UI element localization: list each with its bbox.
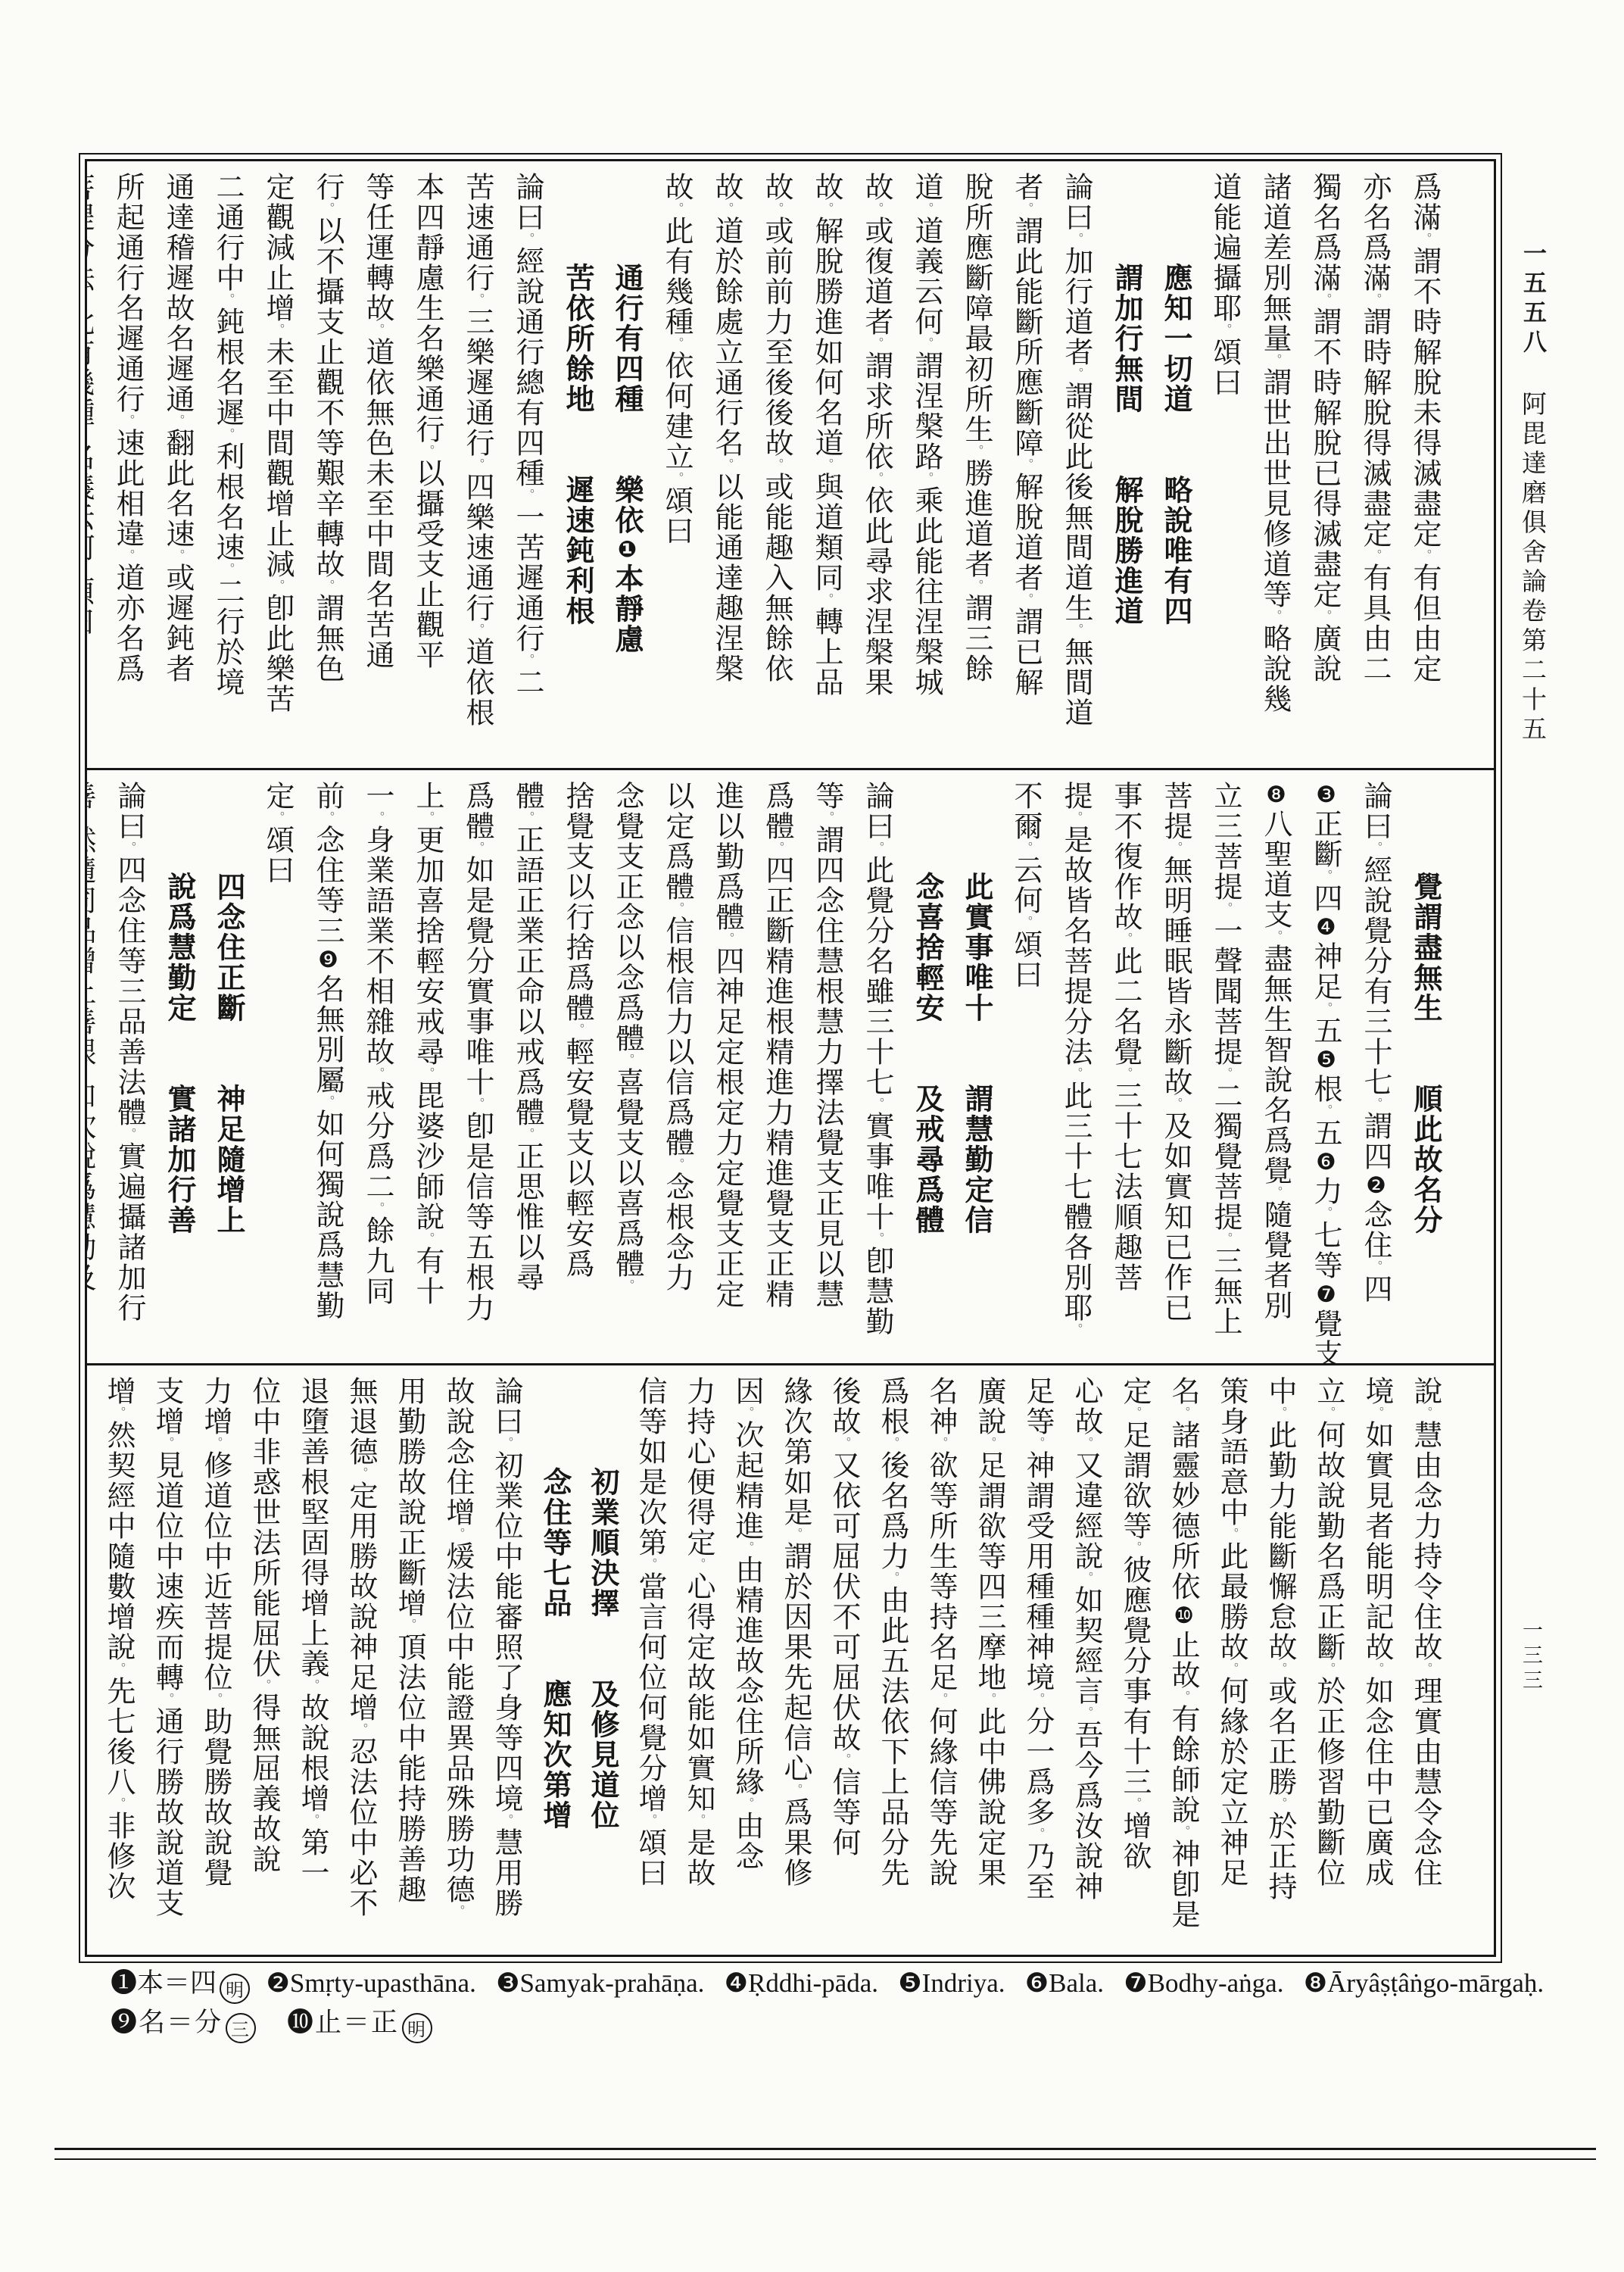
text-column: 故說念住增。煖法位中能證異品殊勝功德。	[434, 1376, 482, 1953]
text-column: 信等如是次第。當言何位何覺分增。頌曰	[626, 1376, 675, 1953]
text-column: 亦名爲滿。謂時解脫得滅盡定。有具由二	[1350, 172, 1400, 760]
edition-mark-ming: 明	[220, 1974, 250, 2004]
text-column: 定觀減止增。未至中間觀增止減。卽此樂苦	[253, 172, 303, 760]
text-column: 不爾。云何。頌曰	[1001, 781, 1051, 1356]
text-column: 定。足謂欲等。彼應覺分事有十三。增欲	[1111, 1376, 1159, 1953]
verse-column: 苦依所餘地 遲速鈍利根	[553, 172, 602, 760]
verse-column: 此實事唯十 謂慧勤定信	[952, 781, 1001, 1356]
text-column: 故。或前前力至後後故。或能趣入無餘依	[752, 172, 802, 760]
text-column: 立三菩提。一聲聞菩提。二獨覺菩提。三無上	[1201, 781, 1251, 1356]
text-column: 名神。欲等所生等持名足。何緣信等先說	[917, 1376, 965, 1953]
text-column: 論曰。經說通行總有四種。一苦遲通行。二	[503, 172, 553, 760]
text-column: 體。正語正業正命以戒爲體。正思惟以尋	[503, 781, 553, 1356]
verse-column: 說爲慧勤定 實諸加行善	[154, 781, 204, 1356]
verse-column: 謂加行無間 解脫勝進道	[1102, 172, 1151, 760]
text-column: 境。如實見者能明記故。如念住中已廣成	[1353, 1376, 1401, 1953]
verse-column: 覺謂盡無生 順此故名分	[1401, 781, 1450, 1356]
text-column: 說。慧由念力持令住故。理實由慧令念住	[1401, 1376, 1450, 1953]
text-column: 善。然隨同品增上善根。如次說爲慧勤及	[87, 781, 104, 1356]
text-column: 諸道差別無量。謂世出世見修道等。略說幾	[1250, 172, 1300, 760]
text-column: 事不復作故。此二名覺。三十七法順趣菩	[1101, 781, 1151, 1356]
text-column: 等。謂四念住慧根慧力擇法覺支正見以慧	[803, 781, 853, 1356]
text-column: 論曰。經說覺分有三十七。謂四❷念住。四	[1351, 781, 1401, 1356]
text-column: 者。謂此能斷所應斷障。解脫道者。謂已解	[1002, 172, 1052, 760]
text-column: 獨名爲滿。謂不時解脫已得滅盡定。廣說	[1300, 172, 1350, 760]
text-column: 通達稽遲故名遲通。翻此名速。或遲鈍者	[153, 172, 203, 760]
text-column: 用勤勝故說正斷增。頂法位中能持勝善趣	[385, 1376, 434, 1953]
scanned-canon-page: 一五五八 阿毘達磨俱舍論卷第二十五 一三三 爲滿。謂不時解脫未得滅盡定。有但由定…	[0, 0, 1624, 2272]
register-1: 爲滿。謂不時解脫未得滅盡定。有但由定 亦名爲滿。謂時解脫得滅盡定。有具由二 獨名…	[87, 161, 1494, 768]
text-column: 前。念住等三❾名無別屬。如何獨說爲慧勤	[303, 781, 353, 1356]
text-column: 足等。神謂受用種種神境。分一爲多。乃至	[1014, 1376, 1062, 1953]
text-column: 力持心便得定。心得定故能如實知。是故	[675, 1376, 723, 1953]
text-column: 論曰。四念住等三品善法體。實遍攝諸加行	[104, 781, 154, 1356]
bottom-rule	[55, 2148, 1596, 2150]
text-column: 上。更加喜捨輕安戒尋。毘婆沙師說。有十	[403, 781, 453, 1356]
text-column: ❸正斷。四❹神足。五❺根。五❻力。七等❼覺支。	[1301, 781, 1351, 1356]
text-column: 以定爲體。信根信力以信爲體。念根念力	[653, 781, 703, 1356]
text-column: 退墮善根堅固得增上義。故說根增。第一	[288, 1376, 337, 1953]
text-column: 策身語意中。此最勝故。何緣於定立神足	[1208, 1376, 1256, 1953]
bottom-rule	[55, 2158, 1596, 2160]
text-column: 菩提分法。此有幾種。名義云何。頌曰	[87, 172, 103, 760]
text-column: 道能遍攝耶。頌曰	[1200, 172, 1250, 760]
footnote-line-1: ❶本＝四明 ❷Smṛty-upasthāna. ❸Samyak-prahāṇa.…	[111, 1966, 1579, 2002]
text-column: 後故。又依可屈伏不可屈伏故。信等何	[820, 1376, 868, 1953]
text-column: 故。或復道者。謂求所依。依此尋求涅槃果	[852, 172, 902, 760]
text-column: 論曰。此覺分名雖三十七。實事唯十。卽慧勤	[853, 781, 902, 1356]
text-column: 爲體。如是覺分實事唯十。卽是信等五根力	[453, 781, 503, 1356]
verse-column: 應知一切道 略說唯有四	[1151, 172, 1200, 760]
text-column: 因。次起精進。由精進故念住所緣。由念	[723, 1376, 771, 1953]
text-column: 提。是故皆名菩提分法。此三十七體各別耶。	[1051, 781, 1101, 1356]
text-column: 論曰。加行道者。謂從此後無間道生。無間道	[1052, 172, 1102, 760]
text-column: 故。道於餘處立通行名。以能通達趣涅槃	[702, 172, 752, 760]
verse-column: 通行有四種 樂依❶本靜慮	[602, 172, 652, 760]
text-column: 爲根。後名爲力。由此五法依下上品分先	[868, 1376, 917, 1953]
text-column: 故。解脫勝進如何名道。與道類同。轉上品	[802, 172, 852, 760]
text-column: 行。以不攝支止觀不等艱辛轉故。謂無色	[303, 172, 353, 760]
register-3: 說。慧由念力持令住故。理實由慧令念住 境。如實見者能明記故。如念住中已廣成 立。…	[87, 1365, 1494, 1961]
footnote-9-variant: ❾名＝分	[111, 2008, 223, 2037]
text-column: 爲滿。謂不時解脫未得滅盡定。有但由定	[1400, 172, 1450, 760]
text-column: 一。身業語業不相雜故。戒分爲二。餘九同	[353, 781, 403, 1356]
text-column: 苦速通行。三樂遲通行。四樂速通行。道依根	[453, 172, 503, 760]
text-column: 立。何故說勤名爲正斷。於正修習勤斷位	[1304, 1376, 1353, 1953]
text-column: 進以勤爲體。四神足定根定力定覺支正定	[703, 781, 753, 1356]
text-column: 道。道義云何。謂涅槃路。乘此能往涅槃城	[902, 172, 952, 760]
footnote-1-variant: ❶本＝四	[111, 1968, 217, 1998]
verse-column: 念喜捨輕安 及戒尋爲體	[902, 781, 952, 1356]
text-column: 所起通行名遲通行。速此相違。道亦名爲	[103, 172, 153, 760]
text-column: 位中非惑世法所能屈伏。得無屈義故說	[240, 1376, 288, 1953]
verse-column: 四念住正斷 神足隨增上	[204, 781, 253, 1356]
text-column: ❽八聖道支。盡無生智說名爲覺。隨覺者別	[1251, 781, 1301, 1356]
text-column: 定。頌曰	[253, 781, 303, 1356]
text-column: 力增。修道位中近菩提位。助覺勝故說覺	[192, 1376, 240, 1953]
footnote-sanskrit-list: ❷Smṛty-upasthāna. ❸Samyak-prahāṇa. ❹Ṛddh…	[253, 1968, 1544, 1998]
text-column: 支增。見道位中速疾而轉。通行勝故說道支	[143, 1376, 192, 1953]
text-column: 故。此有幾種。依何建立。頌曰	[652, 172, 702, 760]
text-column: 中。此勤力能斷懈怠故。或名正勝。於正持	[1256, 1376, 1304, 1953]
footnote-10-variant: ❿止＝正	[287, 2008, 399, 2037]
footnote-line-2: ❾名＝分三 ❿止＝正明	[111, 2005, 1579, 2042]
text-column: 念覺支正念以念爲體。喜覺支以喜爲體。	[603, 781, 653, 1356]
text-column: 爲體。四正斷精進根精進力精進覺支正精	[753, 781, 803, 1356]
text-column: 無退德。定用勝故說神足增。忍法位中必不	[337, 1376, 385, 1953]
register-2: 覺謂盡無生 順此故名分 論曰。經說覺分有三十七。謂四❷念住。四 ❸正斷。四❹神足…	[87, 770, 1494, 1363]
footnote-spacer	[259, 2008, 287, 2037]
text-column: 第。八中正見是道亦道支。餘是道支而非道。	[87, 1376, 95, 1953]
text-column: 增。然契經中隨數增說。先七後八。非修次	[95, 1376, 143, 1953]
text-column: 脫所應斷障最初所生。勝進道者。謂三餘	[952, 172, 1002, 760]
margin-page-number: 一五五八	[1517, 241, 1548, 359]
text-column: 等任運轉故。道依無色未至中間名苦通	[353, 172, 403, 760]
text-column: 廣說。足謂欲等四三摩地。此中佛說定果	[965, 1376, 1014, 1953]
verse-column: 念住等七品 應知次第增	[531, 1376, 578, 1953]
text-column: 菩提。無明睡眠皆永斷故。及如實知已作已	[1151, 781, 1201, 1356]
text-column: 緣次第如是。謂於因果先起信心。爲果修	[771, 1376, 820, 1953]
text-column: 捨覺支以行捨爲體。輕安覺支以輕安爲	[553, 781, 603, 1356]
text-column: 二通行中。鈍根名遲。利根名速。二行於境	[203, 172, 253, 760]
text-column: 心故。又違經說。如契經言。吾今爲汝說神	[1062, 1376, 1111, 1953]
text-column: 名。諸靈妙德所依❿止故。有餘師說。神卽是	[1159, 1376, 1208, 1953]
text-column: 本四靜慮生名樂通行。以攝受支止觀平	[403, 172, 453, 760]
edition-mark-three: 三	[226, 2013, 256, 2043]
margin-volume-title: 阿毘達磨俱舍論卷第二十五	[1517, 391, 1548, 745]
verse-column: 初業順決擇 及修見道位	[578, 1376, 626, 1953]
margin-folio-number: 一三三	[1517, 1619, 1543, 1694]
text-frame-inner: 爲滿。謂不時解脫未得滅盡定。有但由定 亦名爲滿。謂時解脫得滅盡定。有具由二 獨名…	[85, 159, 1496, 1957]
text-frame: 爲滿。謂不時解脫未得滅盡定。有但由定 亦名爲滿。謂時解脫得滅盡定。有具由二 獨名…	[79, 153, 1502, 1963]
right-margin: 一五五八 阿毘達磨俱舍論卷第二十五 一三三	[1510, 0, 1579, 1969]
edition-mark-ming: 明	[402, 2013, 432, 2043]
text-column: 論曰。初業位中能審照了身等四境。慧用勝	[482, 1376, 531, 1953]
